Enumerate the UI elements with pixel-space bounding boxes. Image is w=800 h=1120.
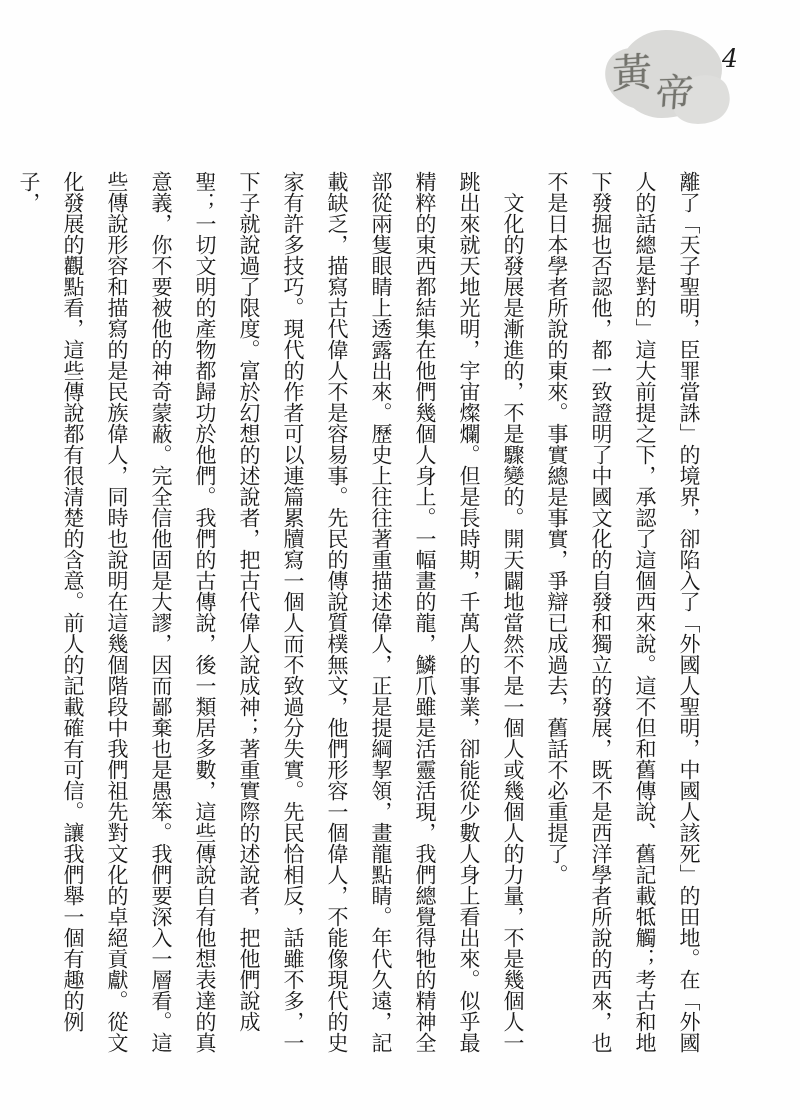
- chapter-logo-char-di: 帝: [654, 61, 696, 117]
- page-number: 4: [722, 44, 738, 73]
- paragraph-continuation: 離了「天子聖明，臣罪當誅」的境界，卻陷入了「外國人聖明，中國人該死」的田地。在「…: [535, 171, 711, 1057]
- paragraph-culture-development: 文化的發展是漸進的，不是驟變的。開天闢地當然不是一個人或幾個人的力量，不是幾個人…: [7, 171, 535, 1057]
- body-text-block: 離了「天子聖明，臣罪當誅」的境界，卻陷入了「外國人聖明，中國人該死」的田地。在「…: [51, 171, 711, 1057]
- book-page: 黃 帝 4 離了「天子聖明，臣罪當誅」的境界，卻陷入了「外國人聖明，中國人該死」…: [0, 0, 800, 1120]
- chapter-logo-char-huang: 黃: [612, 41, 652, 101]
